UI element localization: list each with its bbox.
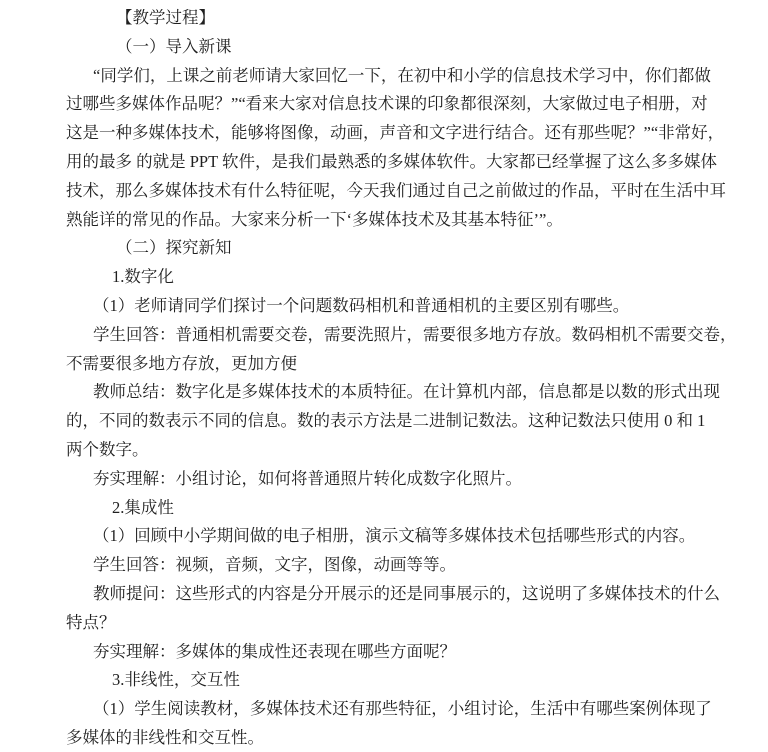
paragraph-line: （1）学生阅读教材，多媒体技术还有那些特征，小组讨论，生活中有哪些案例体现了 <box>66 695 718 724</box>
paragraph-line: 熟能详的常见的作品。大家来分析一下‘多媒体技术及其基本特征’”。 <box>66 206 718 235</box>
paragraph-line: 的，不同的数表示不同的信息。数的表示方法是二进制记数法。这种记数法只使用 0 和… <box>66 407 718 436</box>
paragraph-line: 学生回答：视频，音频，文字，图像，动画等等。 <box>66 551 718 580</box>
paragraph-line: 夯实理解：小组讨论，如何将普通照片转化成数字化照片。 <box>66 465 718 494</box>
heading-explore-new-knowledge: （二）探究新知 <box>66 234 718 263</box>
paragraph-line: 技术，那么多媒体技术有什么特征呢，今天我们通过自己之前做过的作品，平时在生活中耳 <box>66 177 718 206</box>
paragraph-line: 过哪些多媒体作品呢？”“看来大家对信息技术课的印象都很深刻，大家做过电子相册，对 <box>66 90 718 119</box>
subheading-nonlinear-interactive: 3.非线性，交互性 <box>66 666 718 695</box>
paragraph-line: 特点？ <box>66 609 718 638</box>
paragraph-line: （1）回顾中小学期间做的电子相册，演示文稿等多媒体技术包括哪些形式的内容。 <box>66 522 718 551</box>
paragraph-line: 教师提问：这些形式的内容是分开展示的还是同事展示的，这说明了多媒体技术的什么 <box>66 580 718 609</box>
paragraph-line: 两个数字。 <box>66 436 718 465</box>
paragraph-line: 不需要很多地方存放，更加方便 <box>66 350 718 379</box>
paragraph-line: （1）老师请同学们探讨一个问题数码相机和普通相机的主要区别有哪些。 <box>66 292 718 321</box>
doc-section-title: 【教学过程】 <box>66 4 718 33</box>
subheading-integration: 2.集成性 <box>66 494 718 523</box>
paragraph-line: 夯实理解：多媒体的集成性还表现在哪些方面呢？ <box>66 638 718 667</box>
paragraph-line: 多媒体的非线性和交互性。 <box>66 724 718 752</box>
paragraph-line: “同学们，上课之前老师请大家回忆一下，在初中和小学的信息技术学习中，你们都做 <box>66 62 718 91</box>
subheading-digitization: 1.数字化 <box>66 263 718 292</box>
paragraph-line: 这是一种多媒体技术，能够将图像，动画，声音和文字进行结合。还有那些呢？”“非常好… <box>66 119 718 148</box>
paragraph-line: 学生回答：普通相机需要交卷，需要洗照片，需要很多地方存放。数码相机不需要交卷， <box>66 321 718 350</box>
paragraph-line: 用的最多 的就是 PPT 软件，是我们最熟悉的多媒体软件。大家都已经掌握了这么多… <box>66 148 718 177</box>
document-page: 【教学过程】 （一）导入新课 “同学们，上课之前老师请大家回忆一下，在初中和小学… <box>0 0 768 752</box>
paragraph-line: 教师总结：数字化是多媒体技术的本质特征。在计算机内部，信息都是以数的形式出现 <box>66 378 718 407</box>
heading-intro-lesson: （一）导入新课 <box>66 33 718 62</box>
